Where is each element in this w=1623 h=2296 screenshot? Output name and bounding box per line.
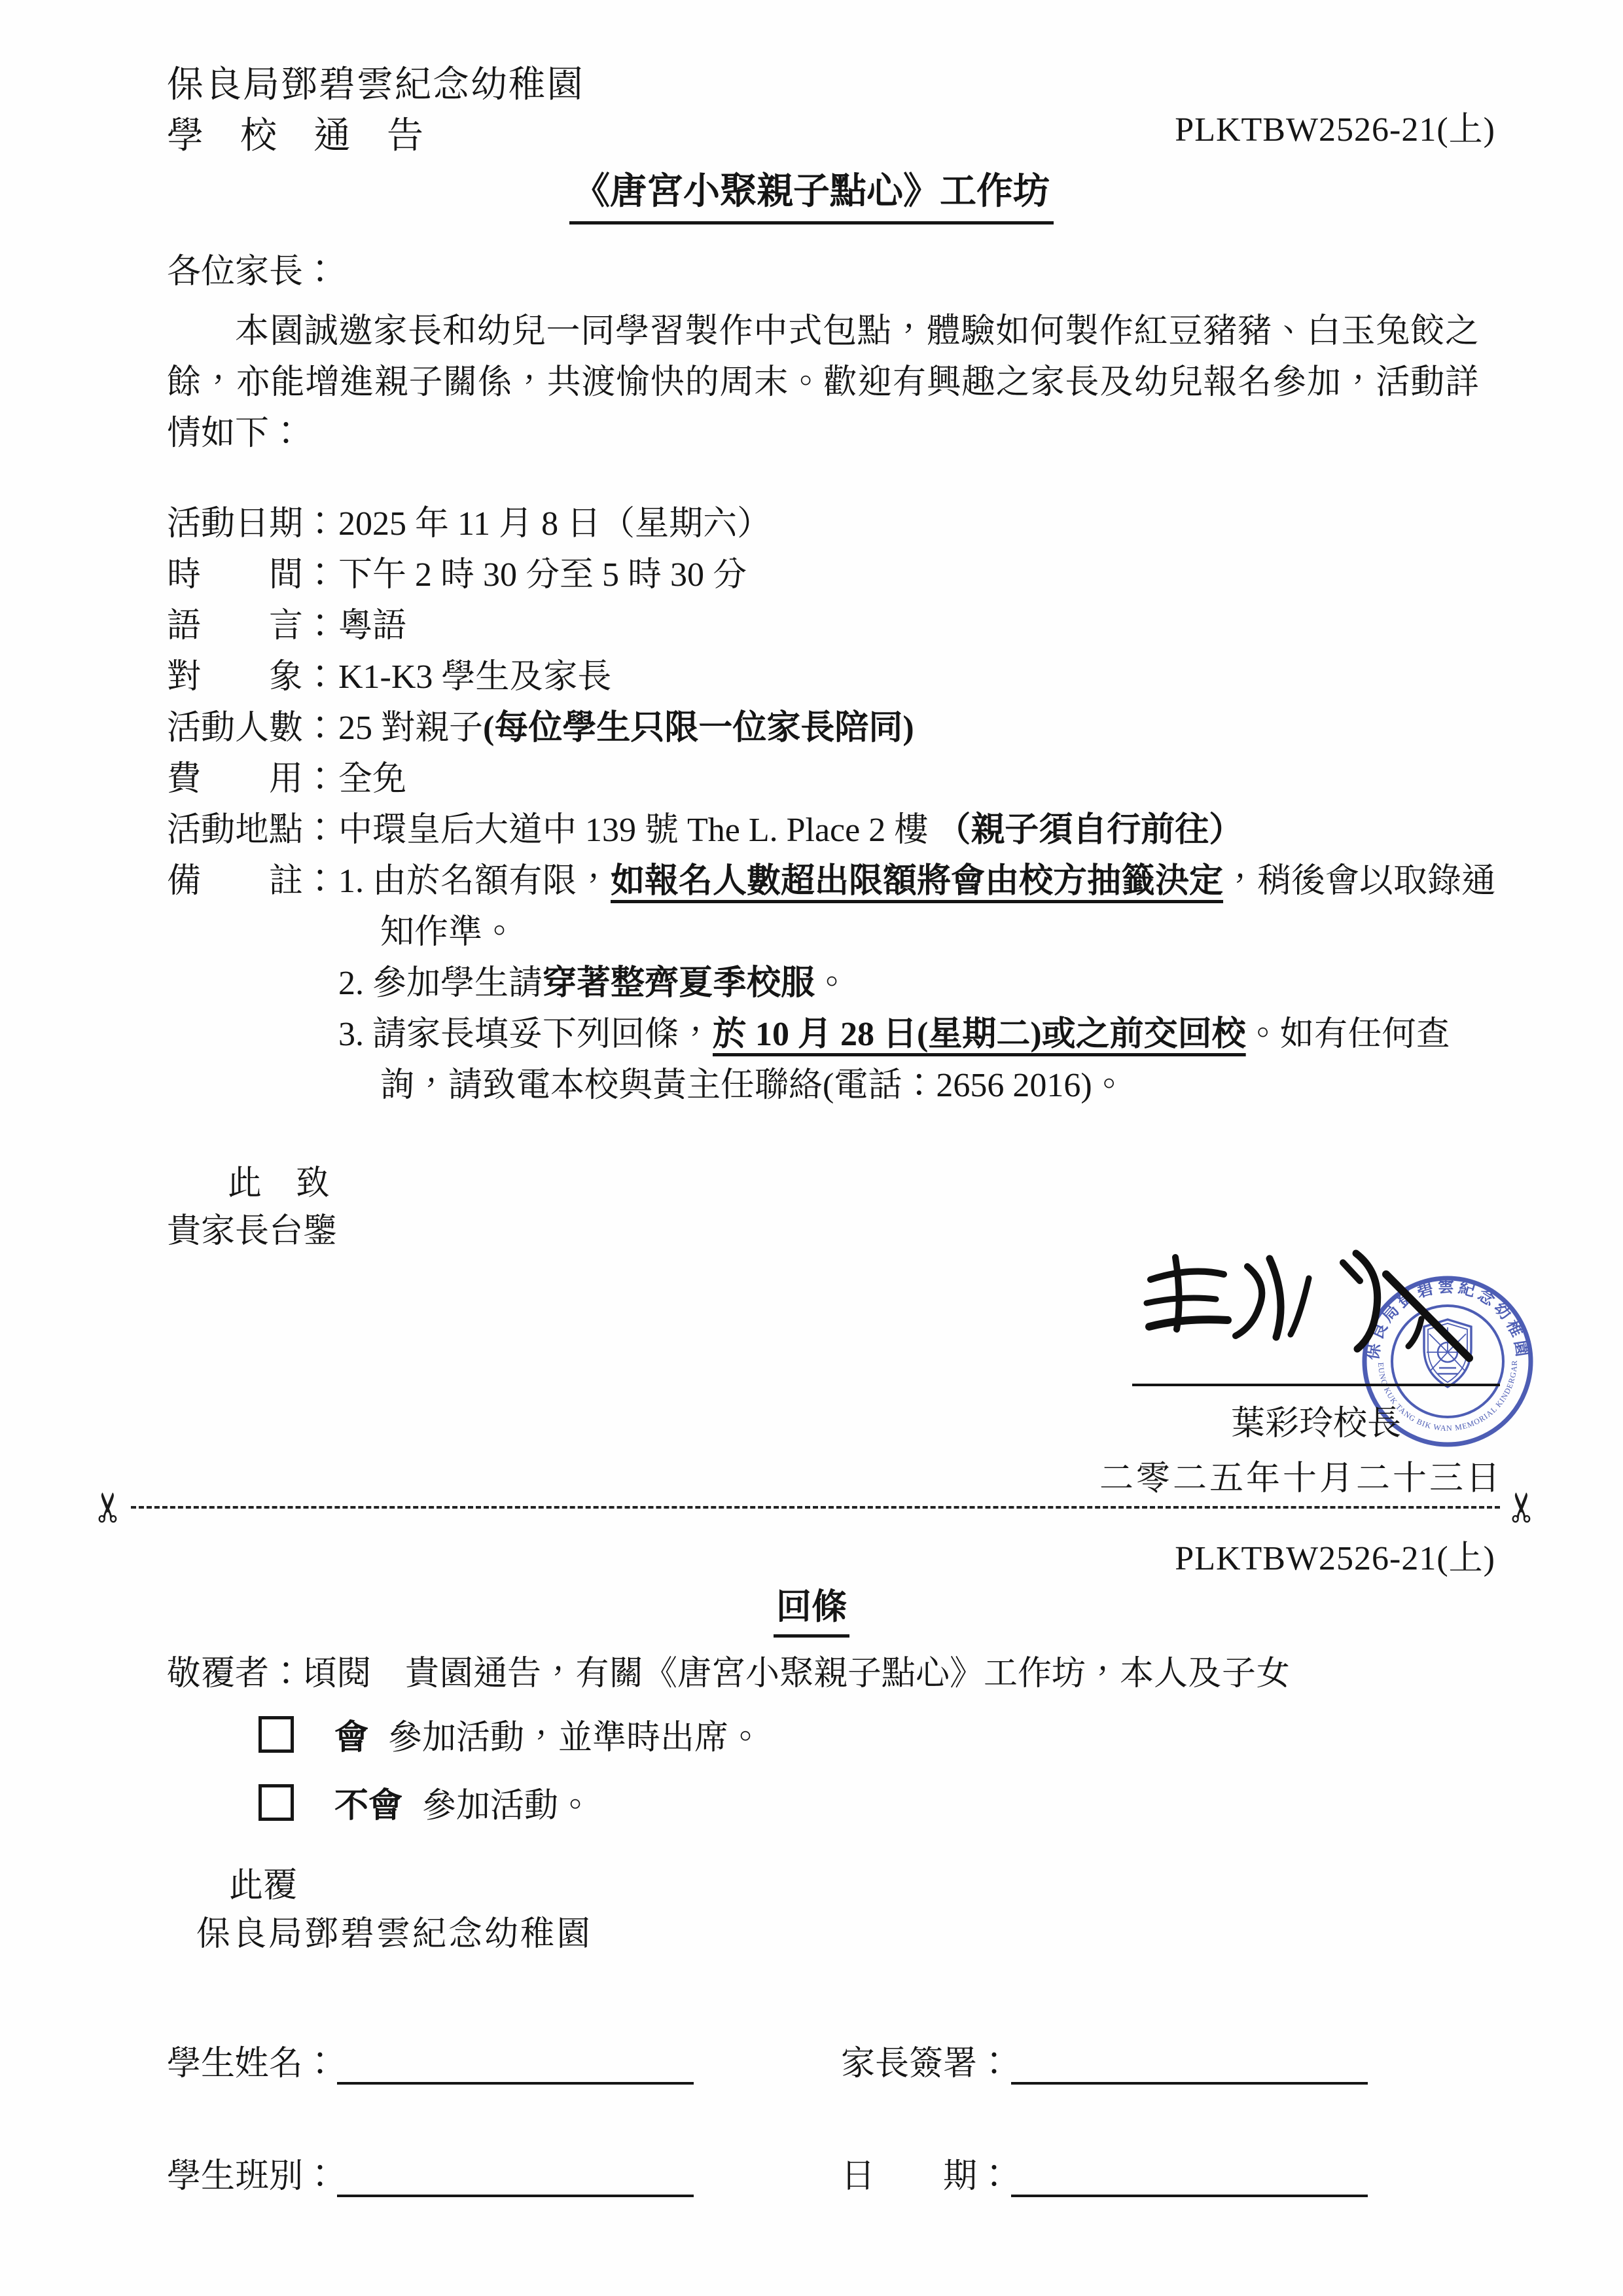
detail-label: 備 註： (167, 856, 338, 1111)
closing-addressee: 貴家長台鑒 (167, 1203, 337, 1252)
option-attend: 會 參加活動，並準時出席。 (259, 1710, 762, 1759)
note-emphasis: 如報名人數超出限額將會由校方抽籤決定 (611, 863, 1223, 900)
principal-name: 葉彩玲校長 (1132, 1395, 1500, 1444)
reply-closing: 此覆 (229, 1857, 297, 1907)
reply-school-name: 保良局鄧碧雲紀念幼稚園 (196, 1906, 592, 1955)
scissors-icon: ✂ (1502, 1490, 1543, 1524)
detail-label: 活動地點： (167, 805, 338, 856)
detail-label: 活動日期： (167, 499, 338, 550)
detail-value: 中環皇后大道中 139 號 The L. Place 2 樓 （親子須自行前往） (338, 805, 1535, 856)
detail-label: 費 用： (167, 754, 338, 805)
detail-value: 下午 2 時 30 分至 5 時 30 分 (338, 550, 1535, 601)
parent-signature-label: 家長簽署： (841, 2036, 1011, 2085)
detail-value: K1-K3 學生及家長 (338, 652, 1535, 703)
date-label: 日 期： (841, 2148, 1011, 2197)
detail-value: 2025 年 11 月 8 日（星期六） (338, 499, 1535, 550)
reply-header: 敬覆者：頃閱 貴園通告，有關《唐宮小聚親子點心》工作坊，本人及子女 (167, 1649, 1541, 1699)
note-bold: 穿著整齊夏季校服 (543, 965, 815, 1002)
detail-value: 全免 (338, 754, 1535, 805)
detail-value-bold: (每位學生只限一位家長陪同) (483, 709, 914, 747)
note-item-3: 3. 請家長填妥下列回條，於 10 月 28 日(星期二)或之前交回校。如有任何… (338, 1009, 1498, 1111)
student-name-label: 學生姓名： (167, 2036, 337, 2085)
detail-label: 語 言： (167, 601, 338, 652)
notice-title-text: 《唐宮小聚親子點心》工作坊 (569, 162, 1054, 224)
detail-value: 25 對親子(每位學生只限一位家長陪同) (338, 703, 1535, 754)
detail-row-venue: 活動地點： 中環皇后大道中 139 號 The L. Place 2 樓 （親子… (167, 805, 1535, 856)
intro-paragraph: 本園誠邀家長和幼兒一同學習製作中式包點，體驗如何製作紅豆豬豬、白玉兔餃之餘，亦能… (167, 306, 1479, 459)
detail-row-target: 對 象： K1-K3 學生及家長 (167, 652, 1535, 703)
student-name-field: 學生姓名： (167, 2036, 841, 2085)
parent-signature-input-line[interactable] (1011, 2043, 1368, 2085)
notes-list: 1. 由於名額有限，如報名人數超出限額將會由校方抽籤決定，稍後會以取錄通知作準。… (338, 856, 1498, 1111)
salutation: 各位家長： (167, 243, 337, 293)
note-emphasis: 於 10 月 28 日(星期二)或之前交回校 (713, 1016, 1246, 1053)
option-bold-label: 會 (334, 1710, 368, 1759)
reply-slip-title: 回條 (0, 1579, 1623, 1638)
form-row-2: 學生班別： 日 期： (167, 2148, 1535, 2197)
student-class-label: 學生班別： (167, 2148, 337, 2197)
detail-value: 粵語 (338, 601, 1535, 652)
form-row-1: 學生姓名： 家長簽署： (167, 2036, 1535, 2085)
parent-signature-field: 家長簽署： (841, 2036, 1368, 2085)
reply-slip-title-text: 回條 (774, 1579, 849, 1638)
option-bold-label: 不會 (334, 1778, 402, 1827)
reference-number-top: PLKTBW2526-21(上) (1175, 101, 1495, 151)
school-name: 保良局鄧碧雲紀念幼稚園 (167, 56, 584, 108)
scissors-icon: ✂ (88, 1490, 129, 1524)
date-input-line[interactable] (1011, 2155, 1368, 2197)
detail-label: 時 間： (167, 550, 338, 601)
intro-text: 本園誠邀家長和幼兒一同學習製作中式包點，體驗如何製作紅豆豬豬、白玉兔餃之餘，亦能… (167, 306, 1479, 459)
notice-title: 《唐宮小聚親子點心》工作坊 (0, 162, 1623, 224)
cut-dashed-line (131, 1506, 1500, 1509)
signature-line (1132, 1348, 1500, 1386)
doc-type-heading: 學 校 通 告 (167, 107, 423, 159)
student-name-input-line[interactable] (337, 2043, 694, 2085)
option-not-attend: 不會 參加活動。 (259, 1778, 592, 1827)
detail-row-quota: 活動人數： 25 對親子(每位學生只限一位家長陪同) (167, 703, 1535, 754)
reference-number-bottom: PLKTBW2526-21(上) (1175, 1530, 1495, 1579)
option-text: 參加活動。 (422, 1778, 592, 1827)
detail-row-fee: 費 用： 全免 (167, 754, 1535, 805)
option-text: 參加活動，並準時出席。 (388, 1710, 762, 1759)
cut-line: ✂ ✂ (92, 1487, 1539, 1528)
not-attend-checkbox[interactable] (259, 1784, 294, 1821)
detail-label: 活動人數： (167, 703, 338, 754)
student-class-field: 學生班別： (167, 2148, 841, 2197)
notice-page: 保良局鄧碧雲紀念幼稚園 學 校 通 告 PLKTBW2526-21(上) 《唐宮… (0, 0, 1623, 2296)
student-class-input-line[interactable] (337, 2155, 694, 2197)
detail-row-language: 語 言： 粵語 (167, 601, 1535, 652)
detail-value-bold: （親子須自行前往） (936, 812, 1243, 849)
date-field: 日 期： (841, 2148, 1368, 2197)
detail-row-notes: 備 註： 1. 由於名額有限，如報名人數超出限額將會由校方抽籤決定，稍後會以取錄… (167, 856, 1535, 1111)
activity-details: 活動日期： 2025 年 11 月 8 日（星期六） 時 間： 下午 2 時 3… (167, 499, 1535, 1111)
detail-row-date: 活動日期： 2025 年 11 月 8 日（星期六） (167, 499, 1535, 550)
note-item-2: 2. 參加學生請穿著整齊夏季校服。 (338, 958, 1498, 1009)
detail-row-time: 時 間： 下午 2 時 30 分至 5 時 30 分 (167, 550, 1535, 601)
attend-checkbox[interactable] (259, 1716, 294, 1753)
closing-phrase: 此 致 (228, 1155, 330, 1204)
note-item-1: 1. 由於名額有限，如報名人數超出限額將會由校方抽籤決定，稍後會以取錄通知作準。 (338, 856, 1498, 958)
detail-label: 對 象： (167, 652, 338, 703)
